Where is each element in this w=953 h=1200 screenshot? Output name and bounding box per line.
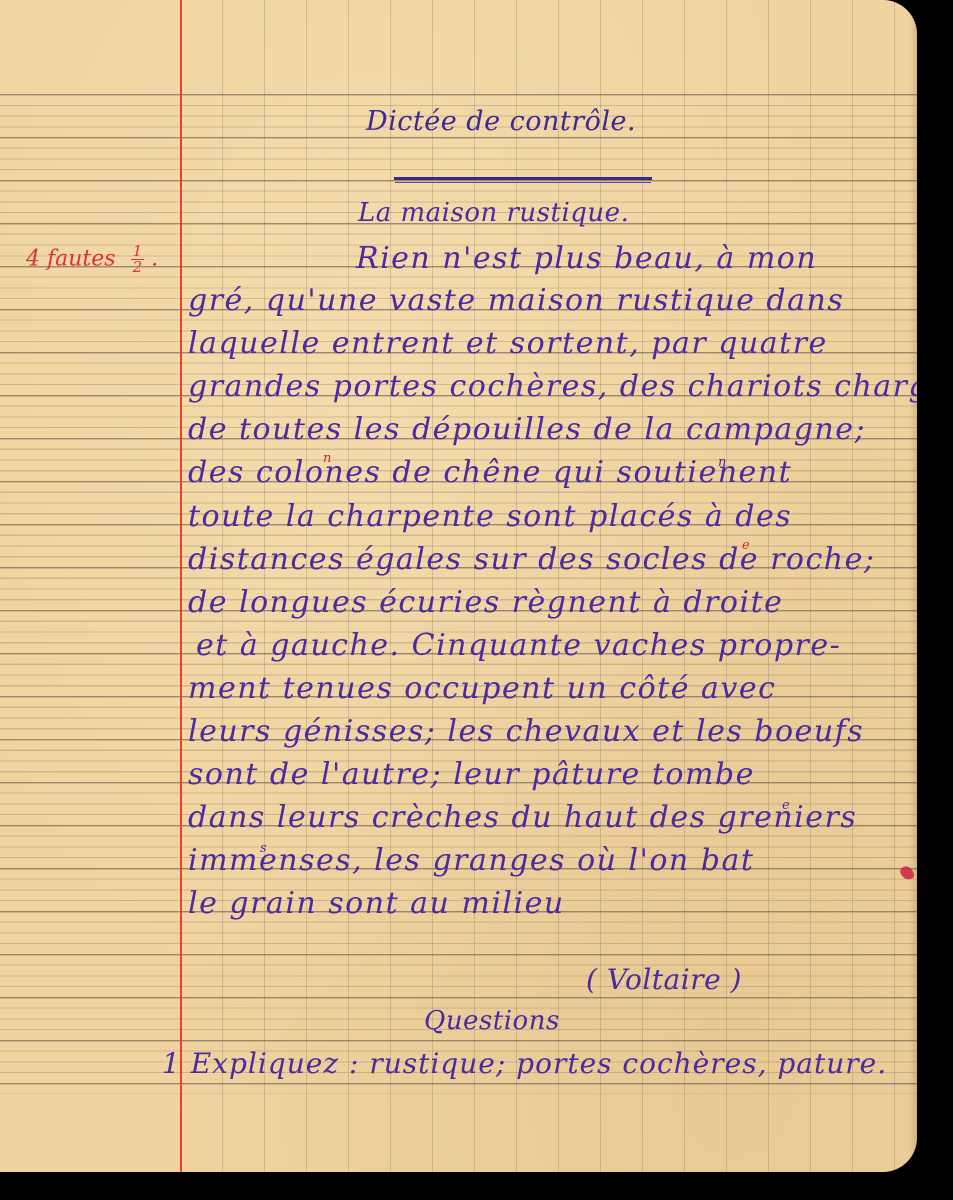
question-text: Expliquez : rustique; portes cochères, p… [191, 1047, 887, 1080]
body-line: le grain sont au milieu [188, 889, 565, 919]
body-line: laquelle entrent et sortent, par quatre [188, 329, 828, 359]
page-title: Dictée de contrôle. [366, 108, 636, 135]
body-line: de longues écuries règnent à droite [188, 588, 783, 618]
page-edge-shade [909, 0, 917, 1172]
correction-mark: e [742, 538, 750, 553]
author-attribution: ( Voltaire ) [586, 966, 742, 994]
grade-annotation: 4 fautes 1 2 . [26, 244, 158, 275]
question-item: 1 Expliquez : rustique; portes cochères,… [162, 1050, 887, 1078]
body-line: Rien n'est plus beau, à mon [356, 244, 817, 274]
body-line: sont de l'autre; leur pâture tombe [188, 760, 755, 790]
body-line: ment tenues occupent un côté avec [188, 674, 776, 704]
body-line: toute la charpente sont placés à des [188, 502, 792, 532]
correction-mark: n [718, 455, 726, 470]
grade-suffix: . [151, 247, 158, 272]
notebook-page: Dictée de contrôle. La maison rustique. … [0, 0, 917, 1172]
grade-fraction: 1 2 [131, 244, 145, 275]
red-margin-line [180, 0, 182, 1172]
body-line: des colones de chêne qui soutienent [188, 458, 792, 488]
body-line: et à gauche. Cinquante vaches propre- [196, 631, 841, 661]
body-line: grandes portes cochères, des chariots ch… [188, 372, 917, 402]
grade-text: 4 fautes [26, 247, 116, 272]
body-line: de toutes les dépouilles de la campagne; [188, 415, 866, 445]
fraction-denominator: 2 [131, 260, 145, 275]
correction-mark: e [782, 798, 790, 813]
correction-mark: n [323, 451, 331, 466]
question-number: 1 [162, 1047, 181, 1080]
body-line: distances égales sur des socles de roche… [188, 545, 875, 575]
body-line: immenses, les granges où l'on bat [188, 846, 754, 876]
correction-mark: s [260, 841, 267, 856]
body-line: dans leurs crèches du haut des greniers [188, 803, 857, 833]
title-underline [394, 177, 652, 180]
questions-heading: Questions [424, 1008, 560, 1034]
dictation-subtitle: La maison rustique. [358, 200, 629, 226]
body-line: gré, qu'une vaste maison rustique dans [188, 286, 844, 316]
body-line: leurs génisses; les chevaux et les boeuf… [188, 717, 864, 747]
